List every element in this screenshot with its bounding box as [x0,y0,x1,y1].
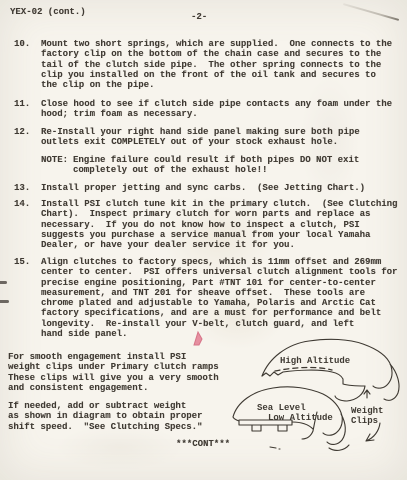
instruction-item-15: 15. Align clutches to factory specs, whi… [14,257,397,339]
weight-clip-right [278,425,287,431]
text-line: Install PSI clutch tune kit in the prima… [41,199,397,209]
text-line: Install proper jetting and sync carbs. (… [41,183,365,193]
item-number: 12. [14,127,41,148]
under-stroke [329,445,349,450]
sea-level-weight-inner-edge [292,422,313,429]
text-line: If needed, add or subtract weight [8,401,202,411]
high-altitude-weight-bottom-edge [262,370,365,386]
text-line: measurement, and TNT 201 for sheave offs… [41,288,397,298]
text-line: Align clutches to factory specs, which i… [41,257,397,267]
text-line: as shown in diagram to obtain proper [8,411,202,421]
item-number: 15. [14,257,41,339]
text-line: These clips will give you a very smooth [8,373,219,383]
text-line: shift speed. "See Clutching Specs." [8,422,202,432]
text-line: clip you installed on the front of the o… [41,70,392,80]
item-text: Install proper jetting and sync carbs. (… [41,183,365,193]
text-line: outlets exit COMPLETELY out of your stoc… [41,137,360,147]
continuation-marker: ***CONT*** [176,439,230,449]
item-text: Close hood to see if clutch side pipe co… [41,99,392,120]
text-line: center to center. PSI offers universal c… [41,267,397,277]
text-line: Close hood to see if clutch side pipe co… [41,99,392,109]
document-id: YEX-02 (cont.) [10,7,86,17]
red-pen-mark [191,330,205,347]
item-number: 11. [14,99,41,120]
shift-speed-paragraph: If needed, add or subtract weightas show… [8,401,202,432]
instruction-item-13: 13. Install proper jetting and sync carb… [14,183,365,193]
high-altitude-weight-hook [335,386,365,401]
page-number: -2- [191,12,207,22]
text-line: Re-Install your right hand side panel ma… [41,127,360,137]
note-text: Engine failure could result if both pipe… [73,155,359,176]
text-line: factory specifications, and are a must f… [41,308,397,318]
item-text: Mount two short springs, which are suppl… [41,39,392,90]
text-line: longevity. Re-install your V-belt, clutc… [41,319,397,329]
text-line: and consistent engagement. [8,383,219,393]
text-line: hood; trim foam as necessary. [41,109,392,119]
text-line: precise engine positioning, Part #TNT 10… [41,278,397,288]
instruction-item-12: 12. Re-Install your right hand side pane… [14,127,360,148]
item-number: 10. [14,39,41,90]
text-line: completely out of the exhaust hole!! [73,165,359,175]
item-text: Install PSI clutch tune kit in the prima… [41,199,397,250]
sea-level-label: Sea Level [257,403,306,413]
clutch-weight-diagram: High Altitude Sea Level Low Altitude Wei… [225,336,407,470]
text-line: For smooth engagement install PSI [8,352,219,362]
item-number: 14. [14,199,41,250]
red-pen-mark-shape [194,332,202,345]
text-line: factory clip on the bottom of the chain … [41,49,392,59]
weight-clips-label-line1: Weight [351,406,383,416]
text-line: Engine failure could result if both pipe… [73,155,359,165]
text-line: Chart). Inspect primary clutch for worn … [41,209,397,219]
item-text: Align clutches to factory specs, which i… [41,257,397,339]
text-line: Dealer, or have your dealer service it f… [41,240,397,250]
text-line: weight clips under Primary clutch ramps [8,362,219,372]
copy-edge-artifact [0,281,7,284]
item-number: 13. [14,183,41,193]
warning-note: NOTE: Engine failure could result if bot… [41,155,359,176]
text-line: Mount two short springs, which are suppl… [41,39,392,49]
note-label: NOTE: [41,155,73,176]
text-line: the clip on the pipe. [41,80,392,90]
text-line: tail of the clutch side pipe. The other … [41,60,392,70]
copy-edge-artifact [0,300,9,303]
low-altitude-label: Low Altitude [268,413,333,423]
text-line: necessary. If you do not know how to ins… [41,220,397,230]
weight-clips-label-line2: Clips [351,416,378,426]
smooth-engagement-paragraph: For smooth engagement install PSIweight … [8,352,219,393]
instruction-item-14: 14. Install PSI clutch tune kit in the p… [14,199,397,250]
scanned-page: YEX-02 (cont.) -2- 10. Mount two short s… [0,0,407,480]
high-altitude-label: High Altitude [280,356,350,366]
staple-mark [343,3,399,21]
instruction-item-10: 10. Mount two short springs, which are s… [14,39,392,90]
text-line: suggests you purchase a service manual f… [41,230,397,240]
up-arrow-icon [364,390,370,398]
weight-clip-left [252,425,261,431]
stray-mark [270,447,280,449]
text-line: chrome plated and adjustable to Yamaha, … [41,298,397,308]
item-text: Re-Install your right hand side panel ma… [41,127,360,148]
sea-level-weight-bottom-edge [233,417,239,421]
instruction-item-11: 11. Close hood to see if clutch side pip… [14,99,392,120]
